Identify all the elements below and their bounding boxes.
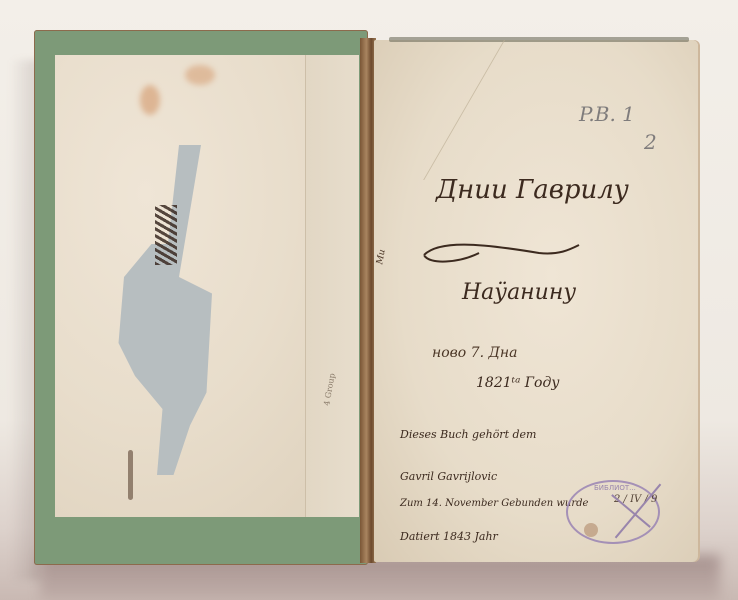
pencil-mark-top: P.B. 1 [579,102,635,126]
inscription-line-5: 1821ᵗᵃ Году [476,375,559,391]
right-title-page: P.B. 1 2 Mu Днии Гаврилу Наӱанину ново 7… [374,40,698,562]
german-note-line-4: Datiert 1843 Jahr [400,530,498,543]
rust-stain [185,65,215,85]
german-note-line-3: Zum 14. November Gebunden wurde [400,498,588,509]
stamp-text: БИБЛИОТ... [594,484,636,492]
ink-blot [155,205,177,265]
german-note-line-1: Dieses Buch gehört dem [400,428,536,441]
pencil-mark-bottom: 2 [644,130,657,154]
flourish [419,235,589,265]
inscription-line-1: Днии Гаврилу [436,175,629,205]
margin-note: Mu [375,249,387,266]
ink-smudge [128,450,133,500]
blue-paper-patch [113,145,223,475]
left-endpaper: 4 Group [55,55,358,517]
inscription-line-4: ново 7. Дна [432,345,517,361]
foxing-stain [584,523,598,537]
inscription-line-3: Наӱанину [462,280,576,305]
rust-stain [140,85,160,115]
german-note-line-2: Gavril Gavrijlovic [400,470,497,483]
library-stamp: БИБЛИОТ... 2 / IV / 9 [566,480,660,544]
